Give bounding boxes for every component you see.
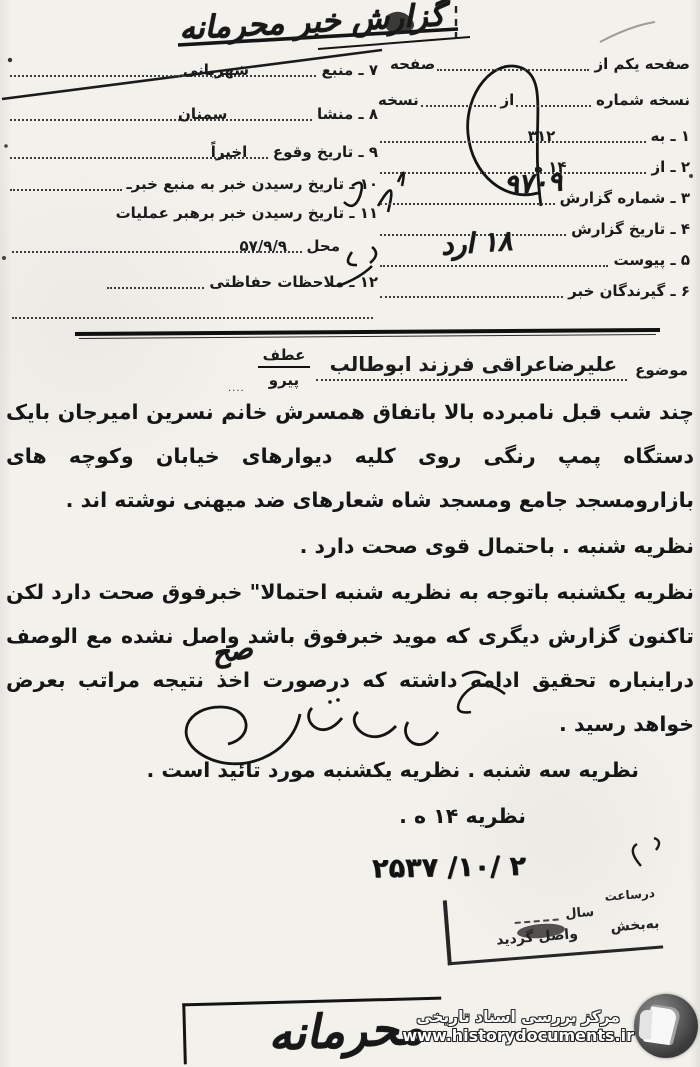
receipt-stamp-year-line	[514, 909, 559, 924]
dotted-leader: شهربانی	[10, 58, 316, 77]
dotted-leader	[380, 279, 563, 298]
receipt-stamp: درساعت سال به‌بخش واصل گردید	[443, 884, 663, 966]
form-row-copy-number: نسخه شماره از نسخه	[378, 88, 690, 109]
form-field-news-recipients: ۶ ـ گیرندگان خبر	[378, 279, 690, 300]
dotted-leader	[12, 300, 373, 319]
form-field-occurrence-date: ۹ ـ تاریخ وقوع اخیراً	[8, 140, 378, 161]
reference-fraction: عطف پیرو	[258, 346, 310, 389]
scanned-document-page: گزارش خبر محرمانه صفحه یکم از صفحه نسخه …	[0, 0, 700, 1067]
form-row-page-count: صفحه یکم از صفحه	[390, 52, 690, 73]
field-label: محل	[307, 237, 341, 256]
archive-url: www.historydocuments.ir	[402, 1026, 634, 1045]
form-field-report-date: ۴ ـ تاریخ گزارش	[378, 217, 690, 238]
scrawl-near-date-stamp	[633, 838, 659, 866]
form-blank-dotted-line	[10, 300, 378, 321]
field-label: ۱ ـ به	[651, 127, 690, 146]
field-value-typed: شهربانی	[183, 61, 249, 80]
field-value-typed: ۵۷/۹/۹	[239, 237, 287, 256]
field-label: ۴ ـ تاریخ گزارش	[571, 220, 690, 239]
opinion-14h: نظریه ۱۴ ه .	[6, 794, 526, 838]
dotted-leader	[107, 270, 204, 289]
field-label: ۳ ـ شماره گزارش	[560, 189, 690, 208]
header-underline-stroke-2	[318, 37, 470, 49]
subject-row: موضوع علیرضاعراقی فرزند ابوطالب	[316, 352, 688, 381]
dotted-leader: ۵۷/۹/۹	[12, 234, 302, 253]
form-field-origin: ۸ ـ منشا سمنان	[8, 102, 378, 123]
reference-peyrow: پیرو	[258, 371, 310, 389]
archive-org-name: مرکز بررسی اسناد تاریخی	[402, 1008, 634, 1026]
opinion-saturday: نظریه شنبه . باحتمال قوی صحت دارد .	[6, 524, 694, 568]
page-line-label: صفحه یکم از	[594, 55, 690, 74]
field-label: ۸ ـ منشا	[317, 105, 378, 124]
dotted-leader	[516, 88, 591, 107]
header-classification-handwritten: گزارش خبر محرمانه	[179, 0, 446, 47]
dotted-leader: اخیراً	[10, 140, 268, 159]
archive-watermark: مرکز بررسی اسناد تاریخی www.historydocum…	[396, 994, 698, 1058]
report-number-handwritten: ۹۷۰۹	[503, 166, 563, 201]
reference-divider-line	[258, 366, 310, 368]
opinion-tuesday: نظریه سه شنبه . نظریه یکشنبه مورد تائید …	[6, 748, 639, 792]
field-label: ۱۰ ـ تاریخ رسیدن خبر به منبع خبرـ	[127, 175, 378, 194]
dotted-leader: سمنان	[10, 102, 312, 121]
form-field-attachment: ۵ ـ پیوست	[378, 248, 690, 269]
dotted-leader	[421, 88, 496, 107]
field-label: ۵ ـ پیوست	[613, 251, 690, 270]
opinion-sunday: نظریه یکشنبه باتوجه به نظریه شنبه احتمال…	[6, 570, 694, 746]
form-field-ops-leader-location: محل ۵۷/۹/۹	[10, 234, 340, 255]
receipt-stamp-hour: درساعت	[604, 886, 655, 904]
subject-label: موضوع	[635, 361, 688, 381]
document-page-glyph	[642, 1004, 681, 1045]
field-value-typed: ۳۱۲	[528, 127, 555, 146]
copy-line-of: از	[501, 91, 515, 110]
field-label: ۹ ـ تاریخ وقوع	[273, 143, 378, 162]
field-label: ۶ ـ گیرندگان خبر	[568, 282, 690, 301]
page-line-suffix: صفحه	[390, 55, 435, 74]
report-date-handwritten: ۱۸ ارد	[440, 226, 513, 262]
receipt-stamp-section: به‌بخش	[610, 916, 660, 936]
form-field-date-reached-source: ۱۰ ـ تاریخ رسیدن خبر به منبع خبرـ	[8, 172, 378, 193]
date-stamp: ۲۵۳۷ /۱۰/ ۲	[372, 851, 526, 885]
field-value-typed: سمنان	[178, 105, 227, 124]
pencil-curve	[600, 22, 655, 42]
field-label: ۱۲ ـ ملاحظات حفاظتی	[209, 273, 378, 292]
reference-atf: عطف	[258, 346, 310, 364]
form-field-security-remarks: ۱۲ ـ ملاحظات حفاظتی	[8, 270, 378, 291]
field-label: ۱۱ ـ تاریخ رسیدن خبر برهبر عملیات	[116, 204, 378, 223]
subject-value: علیرضاعراقی فرزند ابوطالب	[316, 352, 628, 381]
field-value-typed: اخیراً	[211, 143, 248, 162]
copy-line-suffix: نسخه	[378, 91, 419, 110]
report-paragraph: چند شب قبل نامبرده بالا باتفاق همسرش خان…	[6, 390, 694, 522]
field-label: ۷ ـ منبع	[321, 61, 378, 80]
receipt-stamp-year: سال	[565, 905, 595, 922]
footer-classification-handwritten: محرمانه	[185, 1000, 425, 1064]
copy-line-label: نسخه شماره	[596, 91, 690, 110]
form-field-source: ۷ ـ منبع شهربانی	[8, 58, 378, 79]
form-field-to: ۱ ـ به ۳۱۲	[378, 124, 690, 145]
archive-logo-icon	[634, 994, 698, 1058]
dotted-leader	[10, 172, 122, 191]
dotted-leader: ۳۱۲	[380, 124, 646, 143]
form-field-date-reached-ops-leader: ۱۱ ـ تاریخ رسیدن خبر برهبر عملیات	[8, 204, 378, 223]
receipt-stamp-received: واصل گردید	[496, 926, 579, 948]
report-body: چند شب قبل نامبرده بالا باتفاق همسرش خان…	[6, 390, 694, 840]
field-label: ۲ ـ از	[651, 158, 690, 177]
speck	[2, 256, 6, 260]
dotted-leader	[437, 52, 589, 71]
handwritten-approval-mark: صح	[210, 633, 254, 669]
